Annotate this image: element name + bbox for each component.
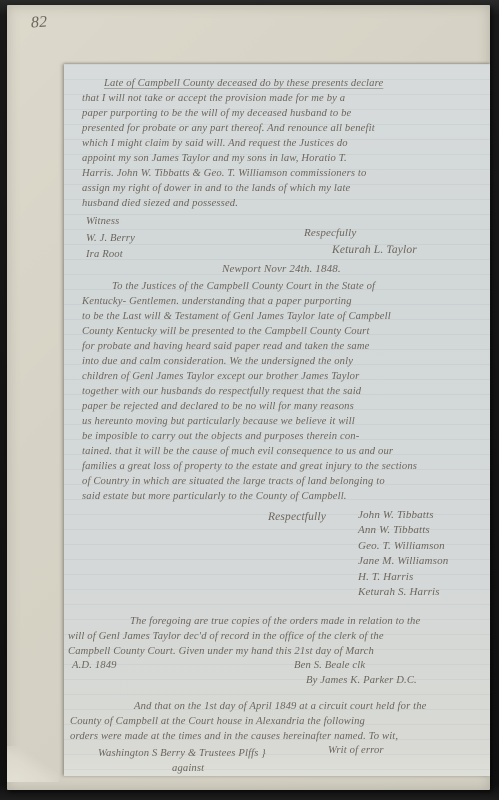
petition-line: children of Genl James Taylor except our… <box>82 369 486 384</box>
petition-line: tained. that it will be the cause of muc… <box>82 444 486 459</box>
dateline: Newport Novr 24th. 1848. <box>222 263 341 275</box>
petition-line: be imposible to carry out the objects an… <box>82 429 486 444</box>
renunciation-line: husband died siezed and possessed. <box>82 196 486 211</box>
petition-line: into due and calm consideration. We the … <box>82 354 486 369</box>
certification-line: will of Genl James Taylor dec'd of recor… <box>68 629 488 644</box>
signature-deputy-clerk: By James K. Parker D.C. <box>306 675 417 686</box>
signature-name: Jane M. Williamson <box>358 554 448 569</box>
petition-line: Kentucky- Gentlemen. understanding that … <box>82 294 486 309</box>
signature-name: John W. Tibbatts <box>358 508 448 523</box>
signature-name: H. T. Harris <box>358 570 448 585</box>
signature-clerk: Ben S. Beale clk <box>294 660 365 671</box>
handwritten-sheet: Late of Campbell County deceased do by t… <box>64 64 490 776</box>
petition-paragraph: To the Justices of the Campbell County C… <box>82 279 486 504</box>
case-type: Writ of error <box>328 745 384 756</box>
petition-line: us hereunto moving but particularly beca… <box>82 414 486 429</box>
petition-line: To the Justices of the Campbell County C… <box>82 279 486 294</box>
renunciation-line: presented for probate or any part thereo… <box>82 121 486 136</box>
renunciation-line: which I might claim by said will. And re… <box>82 136 486 151</box>
case-parties: Washington S Berry & Trustees Plffs } <box>98 748 266 759</box>
certification-line: The foregoing are true copies of the ord… <box>68 614 488 629</box>
clerk-certification-paragraph: The foregoing are true copies of the ord… <box>68 614 488 659</box>
circuit-court-line: And that on the 1st day of April 1849 at… <box>70 699 490 714</box>
petition-line: together with our husbands do respectful… <box>82 384 486 399</box>
petition-line: of Country in which are situated the lar… <box>82 474 486 489</box>
page-corner-fold <box>7 746 59 782</box>
witness-name: Ira Root <box>86 249 123 260</box>
witness-name: W. J. Berry <box>86 233 135 244</box>
circuit-court-line: County of Campbell at the Court house in… <box>70 714 490 729</box>
scanned-document-photo: { "page_number": "82", "colors": { "ink"… <box>0 0 499 800</box>
circuit-court-paragraph: And that on the 1st day of April 1849 at… <box>70 699 490 744</box>
case-versus: against <box>172 763 204 774</box>
renunciation-paragraph: Late of Campbell County deceased do by t… <box>82 76 486 211</box>
circuit-court-line: orders were made at the times and in the… <box>70 729 490 744</box>
renunciation-line: Late of Campbell County deceased do by t… <box>82 76 486 91</box>
signature-name: Keturah S. Harris <box>358 585 448 600</box>
closing-word: Respectfully <box>268 511 326 523</box>
petition-line: paper be rejected and declared to be no … <box>82 399 486 414</box>
renunciation-line: appoint my son James Taylor and my sons … <box>82 151 486 166</box>
petition-line: to be the Last will & Testament of Genl … <box>82 309 486 324</box>
renunciation-line: assign my right of dower in and to the l… <box>82 181 486 196</box>
certification-date: A.D. 1849 <box>72 660 117 671</box>
petition-line: County Kentucky will be presented to the… <box>82 324 486 339</box>
certification-line: Campbell County Court. Given under my ha… <box>68 644 488 659</box>
petition-line: for probate and having heard said paper … <box>82 339 486 354</box>
renunciation-line: paper purporting to be the will of my de… <box>82 106 486 121</box>
closing-word: Respecfully <box>304 227 356 239</box>
renunciation-line: that I will not take or accept the provi… <box>82 91 486 106</box>
witness-label: Witness <box>86 216 119 227</box>
page-number: 82 <box>30 13 48 32</box>
signature-name: Ann W. Tibbatts <box>358 523 448 538</box>
renunciation-line: Harris. John W. Tibbatts & Geo. T. Willi… <box>82 166 486 181</box>
signature-keturah-taylor: Keturah L. Taylor <box>332 244 417 256</box>
signature-name: Geo. T. Williamson <box>358 539 448 554</box>
signature-list: John W. Tibbatts Ann W. Tibbatts Geo. T.… <box>358 508 448 600</box>
petition-line: families a great loss of property to the… <box>82 459 486 474</box>
petition-line: said estate but more particularly to the… <box>82 489 486 504</box>
